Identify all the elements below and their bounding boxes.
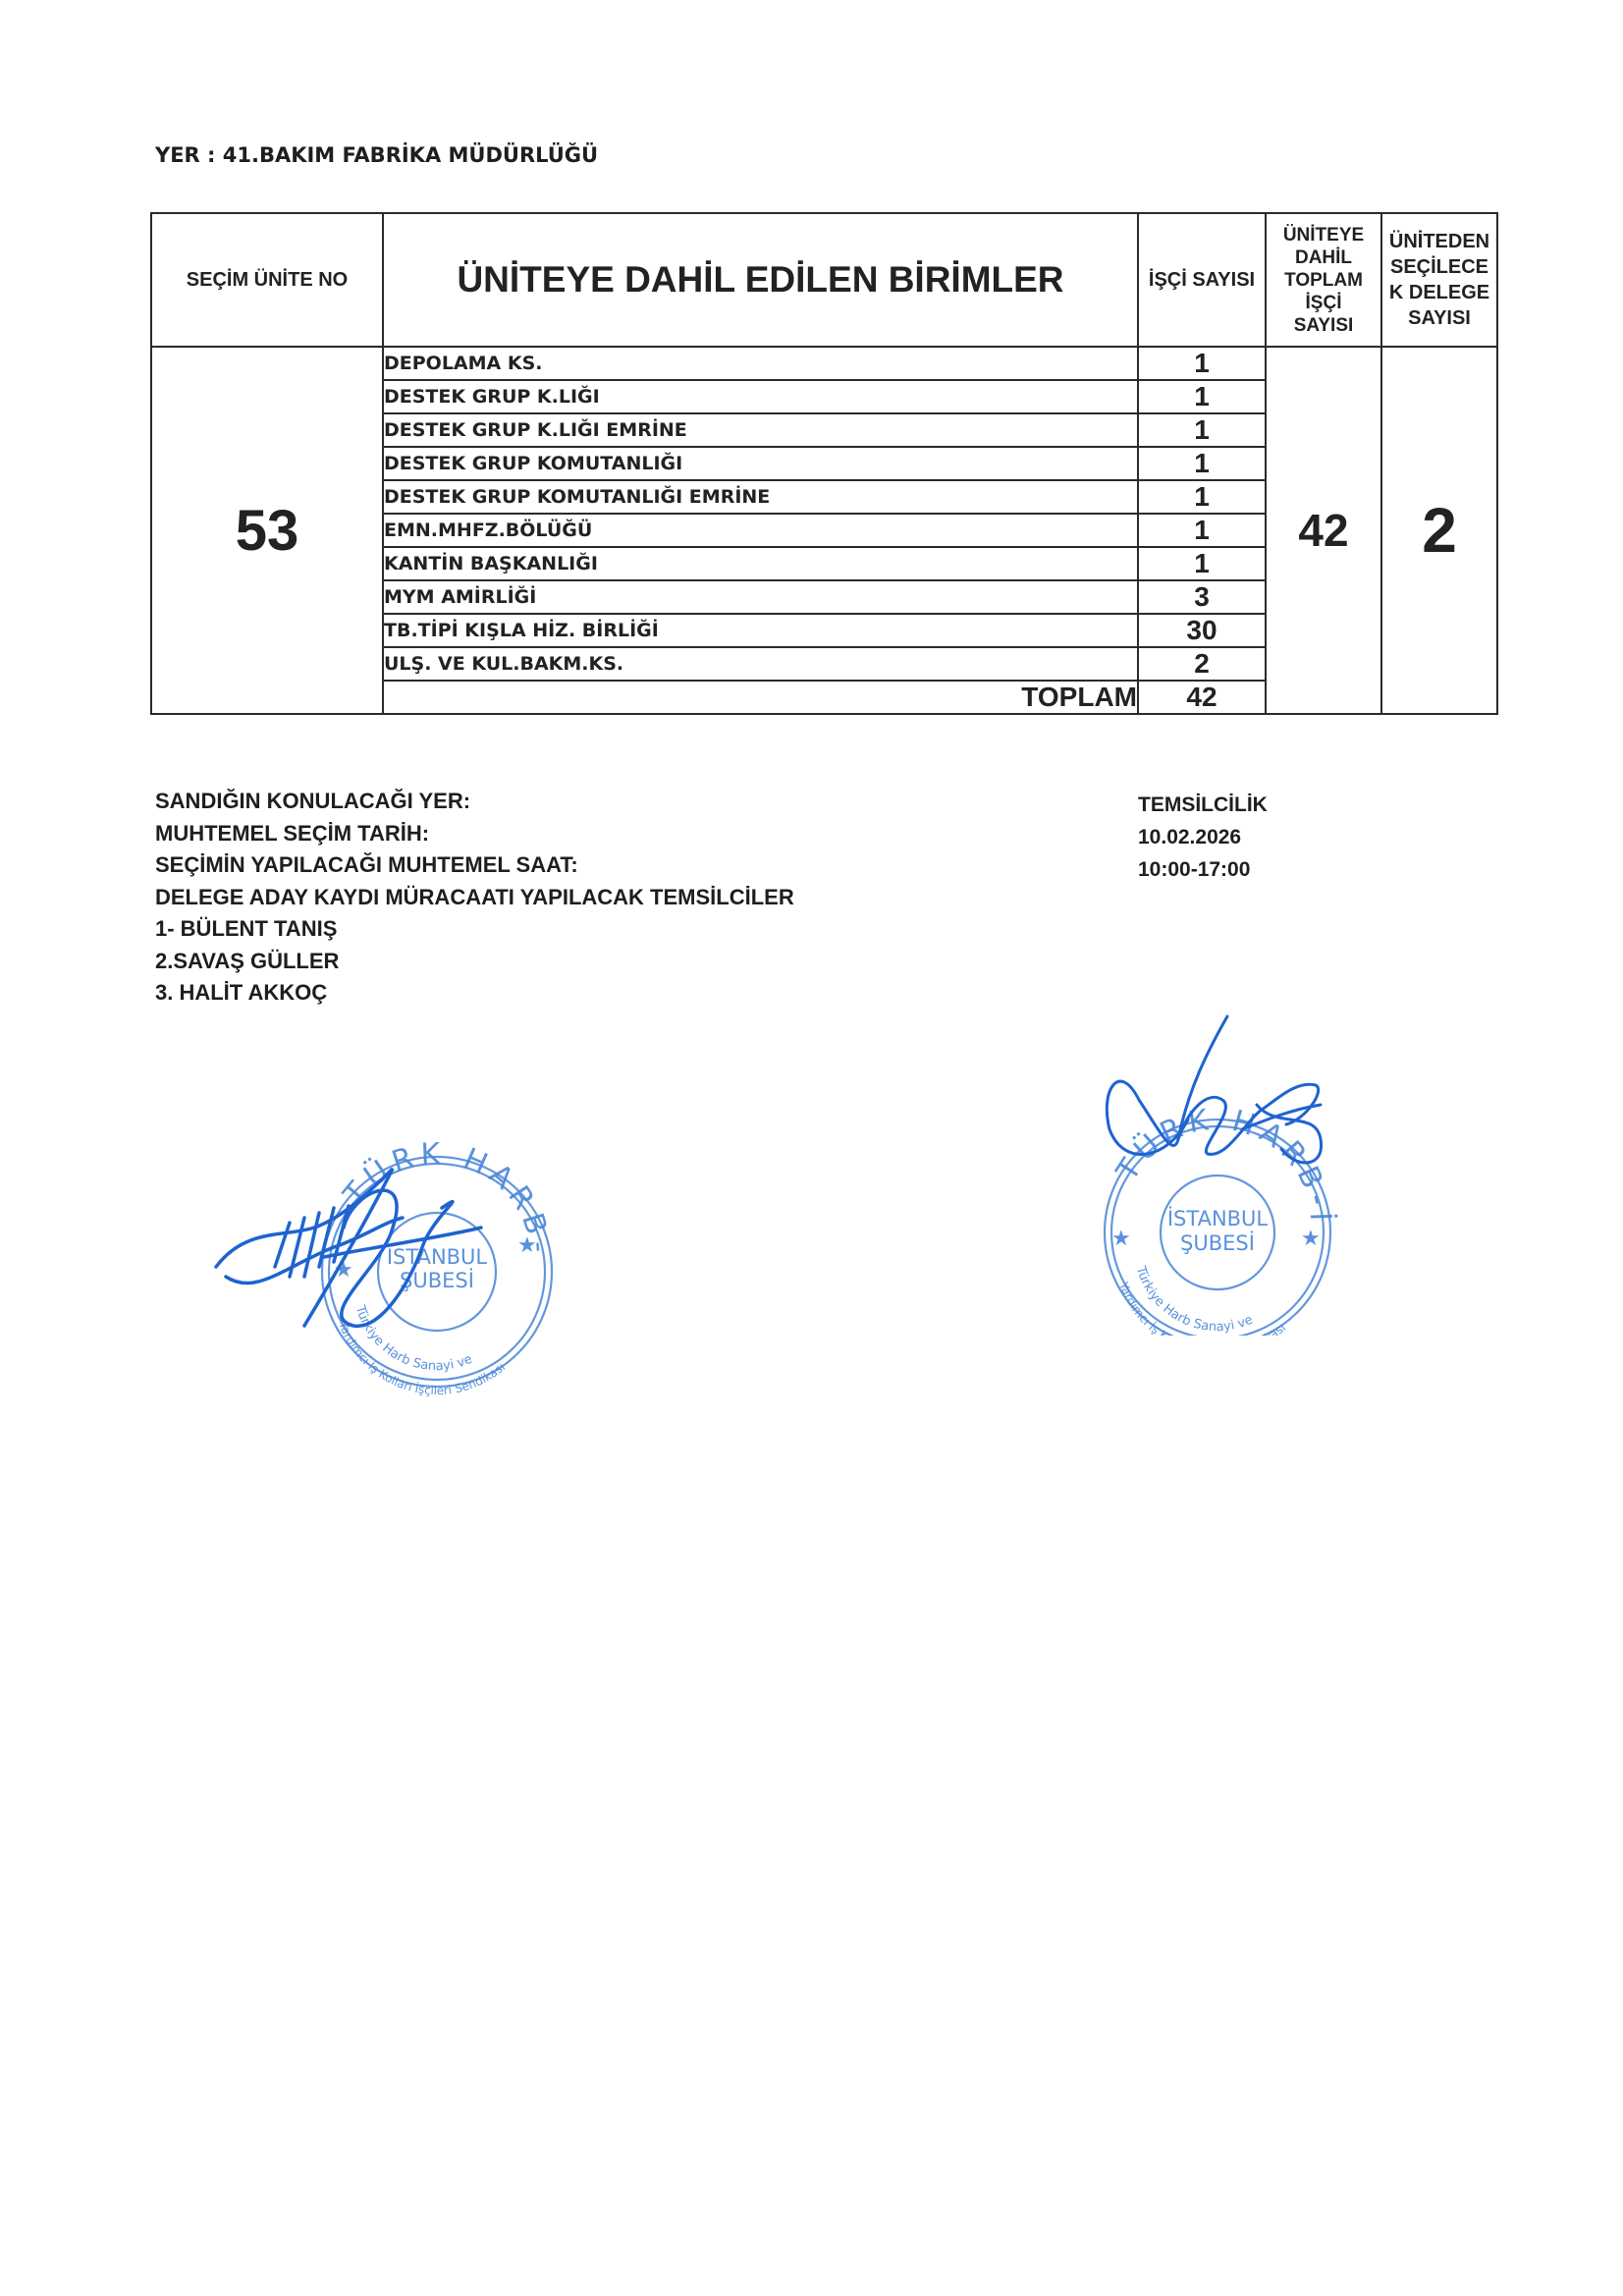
header-unit-no: SEÇİM ÜNİTE NO — [151, 213, 383, 347]
election-info-values: TEMSİLCİLİK 10.02.2026 10:00-17:00 — [1138, 789, 1268, 886]
header-included-units: ÜNİTEYE DAHİL EDİLEN BİRİMLER — [383, 213, 1138, 347]
location-title: YER : 41.BAKIM FABRİKA MÜDÜRLÜĞÜ — [155, 143, 598, 167]
svg-text:★: ★ — [1301, 1227, 1321, 1251]
header-total-workers: ÜNİTEYE DAHİL TOPLAM İŞÇİ SAYISI — [1266, 213, 1381, 347]
total-worker-count: 42 — [1138, 681, 1266, 714]
unit-name: ULŞ. VE KUL.BAKM.KS. — [383, 647, 1138, 681]
header-line: SEÇİLECE — [1390, 256, 1488, 278]
unit-worker-count: 2 — [1138, 647, 1266, 681]
unit-name: DESTEK GRUP K.LIĞI EMRİNE — [383, 413, 1138, 447]
unit-worker-count: 1 — [1138, 480, 1266, 514]
election-date-label: MUHTEMEL SEÇİM TARİH: — [155, 818, 794, 850]
header-line: SAYISI — [1408, 307, 1471, 329]
stamp-seal-icon: TÜRK HARB-İŞ İSTANBUL ŞUBESİ Türkiye Har… — [196, 1129, 569, 1404]
ballot-location-label: SANDIĞIN KONULACAĞI YER: — [155, 786, 794, 818]
header-line: İŞÇİ — [1306, 293, 1342, 313]
representative-item: 2.SAVAŞ GÜLLER — [155, 946, 794, 978]
header-delegate-count: ÜNİTEDEN SEÇİLECE K DELEGE SAYISI — [1381, 213, 1497, 347]
representative-item: 3. HALİT AKKOÇ — [155, 977, 794, 1010]
header-line: DAHİL — [1295, 247, 1352, 268]
table-header-row: SEÇİM ÜNİTE NO ÜNİTEYE DAHİL EDİLEN BİRİ… — [151, 213, 1497, 347]
unit-name: TB.TİPİ KIŞLA HİZ. BİRLİĞİ — [383, 614, 1138, 647]
unit-number: 53 — [151, 347, 383, 714]
table-row: 53 DEPOLAMA KS. 1 42 2 — [151, 347, 1497, 380]
unit-worker-count: 1 — [1138, 380, 1266, 413]
unit-worker-count: 1 — [1138, 413, 1266, 447]
unit-worker-count: 3 — [1138, 580, 1266, 614]
svg-text:ŞUBESİ: ŞUBESİ — [1180, 1230, 1255, 1255]
unit-name: DESTEK GRUP KOMUTANLIĞI EMRİNE — [383, 480, 1138, 514]
unit-name: DESTEK GRUP K.LIĞI — [383, 380, 1138, 413]
election-time-label: SEÇİMİN YAPILACAĞI MUHTEMEL SAAT: — [155, 849, 794, 882]
unit-name: MYM AMİRLİĞİ — [383, 580, 1138, 614]
header-line: ÜNİTEDEN — [1389, 231, 1489, 252]
election-units-table: SEÇİM ÜNİTE NO ÜNİTEYE DAHİL EDİLEN BİRİ… — [150, 212, 1498, 715]
delegates-to-elect: 2 — [1381, 347, 1497, 714]
header-line: K DELEGE — [1389, 282, 1489, 303]
unit-worker-count: 1 — [1138, 447, 1266, 480]
svg-text:★: ★ — [1111, 1227, 1131, 1251]
union-stamp-right: TÜRK HARB-İŞ İSTANBUL ŞUBESİ Türkiye Har… — [1080, 1011, 1355, 1336]
unit-worker-count: 30 — [1138, 614, 1266, 647]
election-date-value: 10.02.2026 — [1138, 821, 1268, 853]
svg-text:İSTANBUL: İSTANBUL — [387, 1244, 488, 1269]
union-stamp-left: TÜRK HARB-İŞ İSTANBUL ŞUBESİ Türkiye Har… — [196, 1129, 569, 1404]
representative-item: 1- BÜLENT TANIŞ — [155, 913, 794, 946]
unit-name: DESTEK GRUP KOMUTANLIĞI — [383, 447, 1138, 480]
header-line: ÜNİTEYE — [1283, 225, 1364, 246]
election-info-labels: SANDIĞIN KONULACAĞI YER: MUHTEMEL SEÇİM … — [155, 786, 794, 1010]
unit-total-workers: 42 — [1266, 347, 1381, 714]
header-worker-count: İŞÇİ SAYISI — [1138, 213, 1266, 347]
svg-text:İSTANBUL: İSTANBUL — [1167, 1206, 1269, 1230]
header-line: SAYISI — [1294, 315, 1354, 336]
election-time-value: 10:00-17:00 — [1138, 853, 1268, 886]
unit-worker-count: 1 — [1138, 547, 1266, 580]
unit-name: EMN.MHFZ.BÖLÜĞÜ — [383, 514, 1138, 547]
unit-name: DEPOLAMA KS. — [383, 347, 1138, 380]
header-line: TOPLAM — [1284, 270, 1363, 291]
representatives-label: DELEGE ADAY KAYDI MÜRACAATI YAPILACAK TE… — [155, 882, 794, 914]
svg-text:★: ★ — [517, 1233, 537, 1258]
unit-worker-count: 1 — [1138, 347, 1266, 380]
total-label: TOPLAM — [383, 681, 1138, 714]
ballot-location-value: TEMSİLCİLİK — [1138, 789, 1268, 821]
stamp-seal-icon: TÜRK HARB-İŞ İSTANBUL ŞUBESİ Türkiye Har… — [1080, 1011, 1355, 1336]
unit-name: KANTİN BAŞKANLIĞI — [383, 547, 1138, 580]
unit-worker-count: 1 — [1138, 514, 1266, 547]
